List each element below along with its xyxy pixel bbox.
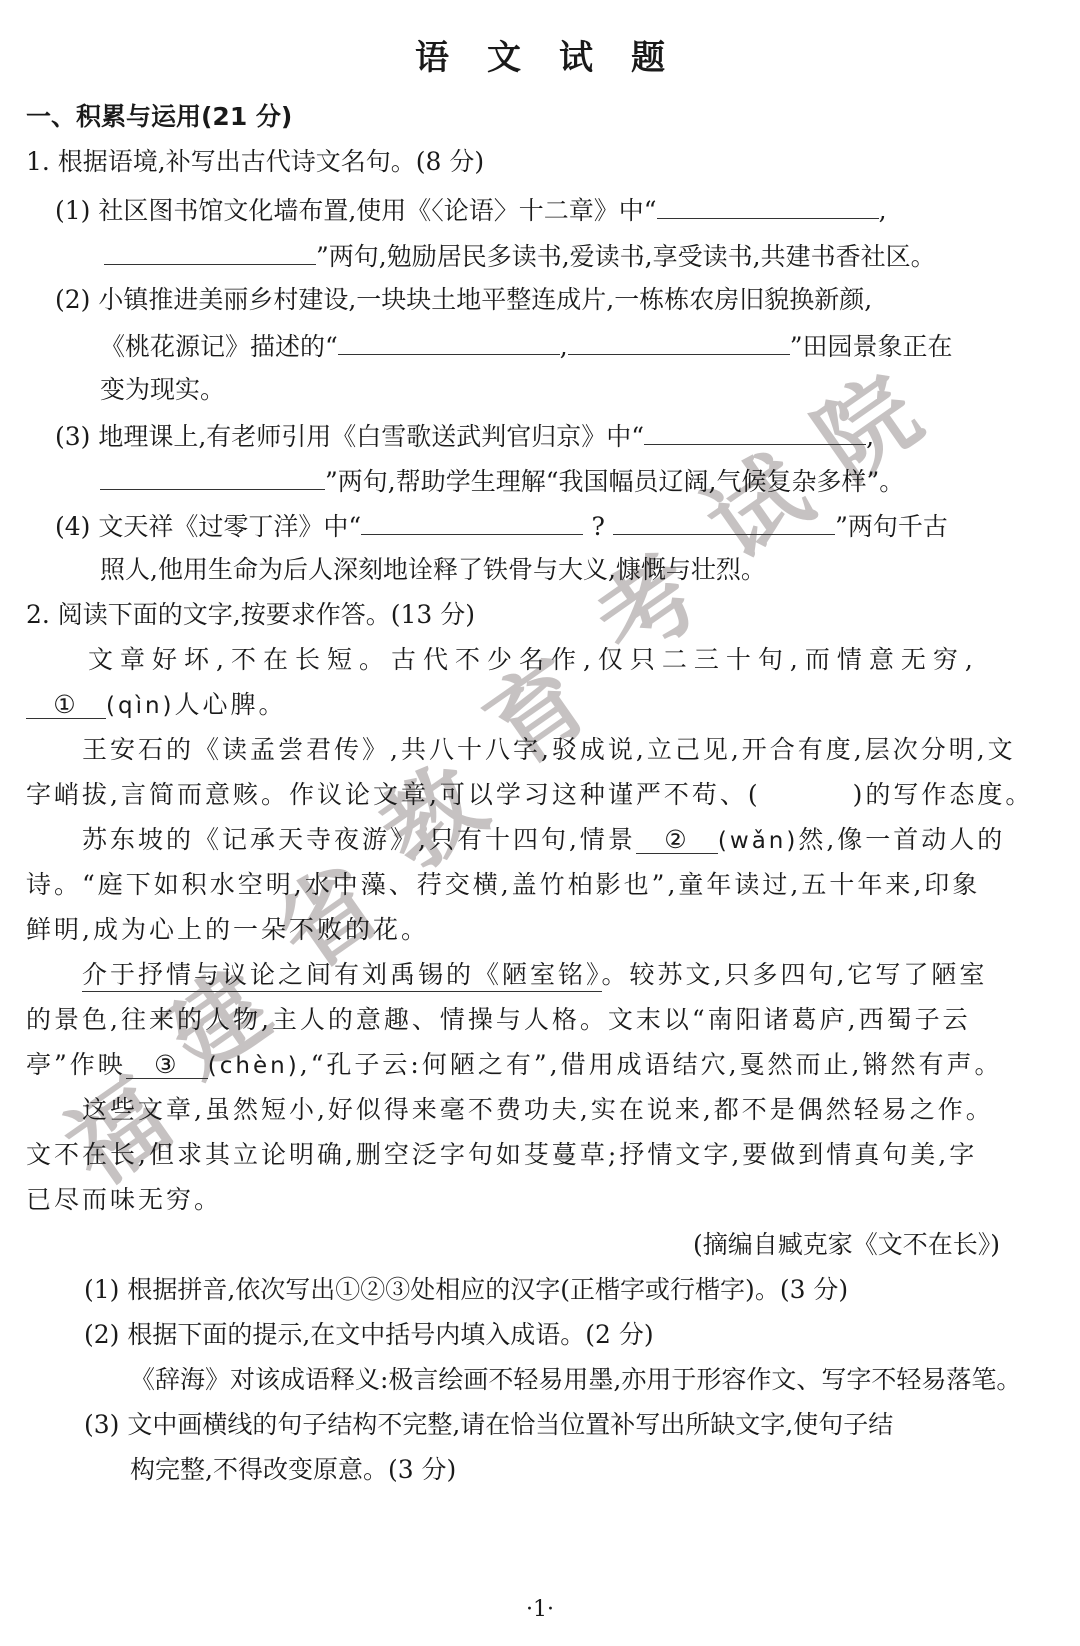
- question-1-sub-2-line-2: 《桃花源记》描述的“,”田园景象正在: [100, 328, 953, 364]
- question-2-stem: 2. 阅读下面的文字,按要求作答。(13 分): [26, 598, 475, 632]
- question-1-sub-3-line-1: (3) 地理课上,有老师引用《白雪歌送武判官归京》中“,: [55, 418, 874, 454]
- text: 苏东坡的《记承天寺夜游》,只有十四句,情景: [82, 825, 636, 854]
- question-1-stem: 1. 根据语境,补写出古代诗文名句。(8 分): [26, 145, 484, 179]
- passage-paragraph-1-line-2: ①(qìn)人心脾。: [26, 688, 287, 723]
- passage-paragraph-3-line-2: 诗。“庭下如积水空明,水中藻、荇交横,盖竹柏影也”,童年读过,五十年来,印象: [26, 868, 980, 902]
- exam-page: 福 建 省 教 育 考 试 院 语文试题 一、积累与运用(21 分) 1. 根据…: [0, 0, 1080, 1646]
- passage-paragraph-1-line-1: 文章好坏,不在长短。古代不少名作,仅只二三十句,而情意无穷,: [88, 643, 980, 677]
- underlined-sentence: 介于抒情与议论之间有刘禹锡的《陋室铭》: [82, 960, 602, 992]
- question-1-sub-1-line-1: (1) 社区图书馆文化墙布置,使用《〈论语〉十二章》中“,: [55, 192, 887, 228]
- answer-blank-2[interactable]: ②: [636, 827, 718, 854]
- watermark-char: 教: [366, 751, 500, 885]
- question-2-sub-2-hint: 《辞海》对该成语释义:极言绘画不轻易用墨,亦用于形容作文、写字不轻易落笔。: [130, 1363, 1021, 1397]
- page-title: 语文试题: [0, 30, 1080, 79]
- answer-blank-1[interactable]: ①: [26, 692, 106, 719]
- passage-paragraph-4-line-3: 亭”作映③(chèn),“孔子云:何陋之有”,借用成语结穴,戛然而止,锵然有声。: [26, 1048, 1002, 1083]
- pinyin: (qìn): [106, 693, 175, 719]
- question-1-sub-3-line-2: ”两句,帮助学生理解“我国幅员辽阔,气候复杂多样”。: [100, 463, 904, 499]
- text: (1) 社区图书馆文化墙布置,使用《〈论语〉十二章》中“: [55, 196, 657, 225]
- text: 《桃花源记》描述的“: [100, 332, 338, 361]
- question-1-sub-1-line-2: ”两句,勉励居民多读书,爱读书,享受读书,共建书香社区。: [104, 238, 936, 274]
- text: 然,像一首动人的: [798, 825, 1005, 854]
- answer-blank[interactable]: [568, 328, 790, 355]
- text: ,: [560, 332, 568, 361]
- passage-paragraph-2-line-2: 字峭拔,言简而意赅。作议论文章,可以学习这种谨严不苟、()的写作态度。: [26, 778, 1033, 812]
- passage-paragraph-4-line-1: 介于抒情与议论之间有刘禹锡的《陋室铭》。较苏文,只多四句,它写了陋室: [82, 958, 987, 992]
- blank-marker: ②: [664, 825, 689, 854]
- answer-blank[interactable]: [657, 192, 879, 219]
- text: ,: [879, 196, 887, 225]
- text: 亭”作映: [26, 1050, 126, 1079]
- answer-blank[interactable]: [100, 463, 325, 490]
- passage-paragraph-2-line-1: 王安石的《读孟尝君传》,共八十八字,驳成说,立己见,开合有度,层次分明,文: [82, 733, 1016, 767]
- question-1-sub-4-line-1: (4) 文天祥《过零丁洋》中“?”两句千古: [55, 508, 948, 544]
- watermark-char: 福: [51, 1066, 185, 1200]
- text: ,“孔子云:何陋之有”,借用成语结穴,戛然而止,锵然有声。: [300, 1050, 1003, 1079]
- question-2-sub-1: (1) 根据拼音,依次写出①②③处相应的汉字(正楷字或行楷字)。(3 分): [84, 1273, 848, 1307]
- pinyin: (wǎn): [718, 828, 798, 854]
- text: ”田园景象正在: [790, 332, 953, 361]
- answer-blank[interactable]: [644, 418, 866, 445]
- text: ”两句千古: [835, 512, 948, 541]
- question-1-sub-2-line-1: (2) 小镇推进美丽乡村建设,一块块土地平整连成片,一栋栋农房旧貌换新颜,: [55, 283, 872, 317]
- passage-paragraph-5-line-2: 文不在长,但求其立论明确,删空泛字句如芟蔓草;抒情文字,要做到情真句美,字: [26, 1138, 977, 1172]
- answer-blank[interactable]: [361, 508, 583, 535]
- text: ”两句,帮助学生理解“我国幅员辽阔,气候复杂多样”。: [325, 467, 904, 496]
- answer-blank[interactable]: [104, 238, 316, 265]
- text: 。较苏文,只多四句,它写了陋室: [602, 960, 988, 989]
- text: ,: [866, 422, 874, 451]
- question-2-sub-3-line-1: (3) 文中画横线的句子结构不完整,请在恰当位置补写出所缺文字,使句子结: [84, 1408, 893, 1442]
- pinyin: (chèn): [208, 1053, 300, 1079]
- answer-blank[interactable]: [613, 508, 835, 535]
- answer-blank-3[interactable]: ③: [126, 1052, 208, 1079]
- blank-marker: ③: [154, 1050, 179, 1079]
- text: ”两句,勉励居民多读书,爱读书,享受读书,共建书香社区。: [316, 242, 936, 271]
- text: 人心脾。: [175, 690, 287, 719]
- passage-paragraph-5-line-1: 这些文章,虽然短小,好似得来毫不费功夫,实在说来,都不是偶然轻易之作。: [82, 1093, 994, 1127]
- blank-marker: ①: [53, 690, 78, 719]
- passage-paragraph-3-line-3: 鲜明,成为心上的一朵不败的花。: [26, 913, 429, 947]
- section-heading: 一、积累与运用(21 分): [26, 100, 292, 134]
- page-number: ·1·: [0, 1597, 1080, 1622]
- passage-paragraph-4-line-2: 的景色,往来的人物,主人的意趣、情操与人格。文末以“南阳诸葛庐,西蜀子云: [26, 1003, 971, 1037]
- text: )的写作态度。: [853, 780, 1034, 809]
- passage-paragraph-5-line-3: 已尽而味无穷。: [26, 1183, 222, 1217]
- question-1-sub-2-line-3: 变为现实。: [100, 373, 225, 407]
- question-2-sub-3-line-2: 构完整,不得改变原意。(3 分): [130, 1453, 456, 1487]
- answer-blank[interactable]: [338, 328, 560, 355]
- passage-paragraph-3-line-1: 苏东坡的《记承天寺夜游》,只有十四句,情景②(wǎn)然,像一首动人的: [82, 823, 1005, 858]
- text: (3) 地理课上,有老师引用《白雪歌送武判官归京》中“: [55, 422, 644, 451]
- text: (4) 文天祥《过零丁洋》中“: [55, 512, 361, 541]
- text: ?: [583, 510, 613, 544]
- question-2-sub-2: (2) 根据下面的提示,在文中括号内填入成语。(2 分): [84, 1318, 654, 1352]
- question-1-sub-4-line-2: 照人,他用生命为后人深刻地诠释了铁骨与大义,慷慨与壮烈。: [100, 553, 766, 587]
- passage-source: (摘编自臧克家《文不在长》): [693, 1228, 1000, 1262]
- text: 字峭拔,言简而意赅。作议论文章,可以学习这种谨严不苟、(: [26, 780, 761, 809]
